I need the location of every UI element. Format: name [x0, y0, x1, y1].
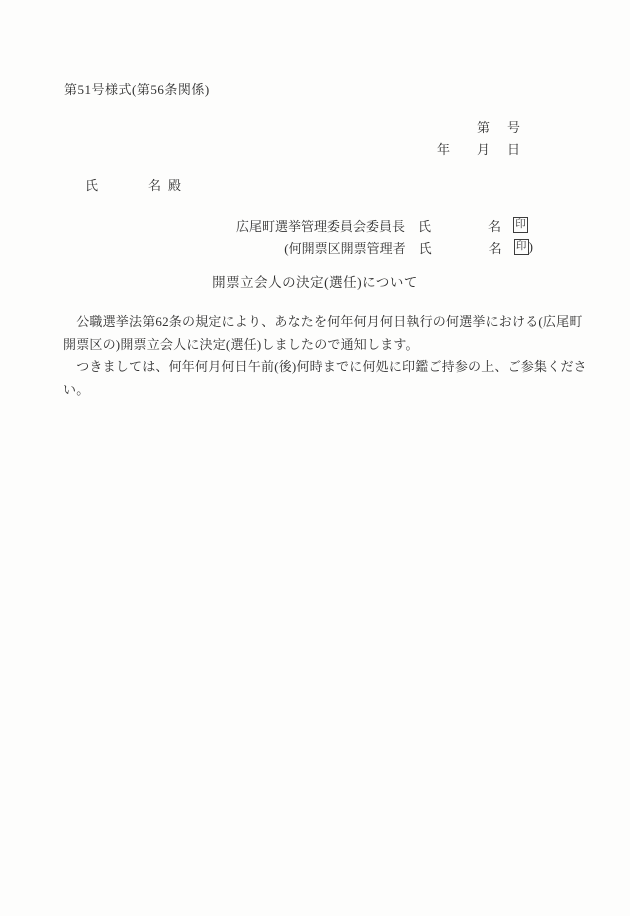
document-page: 第51号様式(第56条関係) 第 号 年 月 日 氏 名 殿 広尾町選挙管理委員…: [0, 0, 630, 916]
seal-placeholder: 印: [513, 217, 528, 233]
date-day-label: 日: [507, 139, 520, 158]
paragraph1-line1: 公職選挙法第62条の規定により、あなたを何年何月何日執行の何選挙における(広尾町: [63, 311, 573, 334]
seal-placeholder: 印: [514, 239, 529, 255]
addressee-given-name-label: 名: [148, 175, 161, 194]
sender-line-election-chairman: 広尾町選挙管理委員会委員長 氏 名 印: [236, 214, 533, 236]
sender-family-name-label: 氏: [418, 216, 431, 235]
document-title: 開票立会人の決定(選任)について: [0, 271, 630, 291]
sender-line-counting-manager: (何開票区開票管理者 氏 名 印 ): [236, 236, 533, 258]
paragraph2-line1: つきましては、何年何月何日午前(後)何時までに何処に印鑑ご持参の上、ご参集くださ: [63, 356, 573, 379]
doc-number-prefix: 第: [477, 117, 490, 136]
doc-number-suffix: 号: [507, 117, 520, 136]
sender-block: 広尾町選挙管理委員会委員長 氏 名 印 (何開票区開票管理者 氏 名 印 ): [236, 214, 533, 258]
body-text: 公職選挙法第62条の規定により、あなたを何年何月何日執行の何選挙における(広尾町…: [63, 311, 573, 401]
date-year-label: 年: [437, 139, 450, 158]
sender-given-name-label: 名: [488, 216, 501, 235]
addressee-line: 氏 名 殿: [0, 175, 630, 193]
closing-parenthesis: ): [529, 239, 533, 255]
doc-number-line: 第 号: [0, 117, 630, 135]
paragraph2-line2: い。: [63, 379, 573, 402]
sender-title-chairman: 広尾町選挙管理委員会委員長: [236, 216, 405, 235]
form-number-note: 第51号様式(第56条関係): [64, 79, 210, 98]
date-month-label: 月: [477, 139, 490, 158]
addressee-honorific: 殿: [168, 175, 181, 194]
date-line: 年 月 日: [0, 139, 630, 157]
paragraph1-line2: 開票区の)開票立会人に決定(選任)しましたので通知します。: [63, 334, 573, 357]
sender-title-counting-manager: (何開票区開票管理者: [284, 238, 405, 257]
addressee-family-name-label: 氏: [85, 175, 98, 194]
sender-family-name-label: 氏: [419, 238, 432, 257]
sender-given-name-label: 名: [489, 238, 502, 257]
